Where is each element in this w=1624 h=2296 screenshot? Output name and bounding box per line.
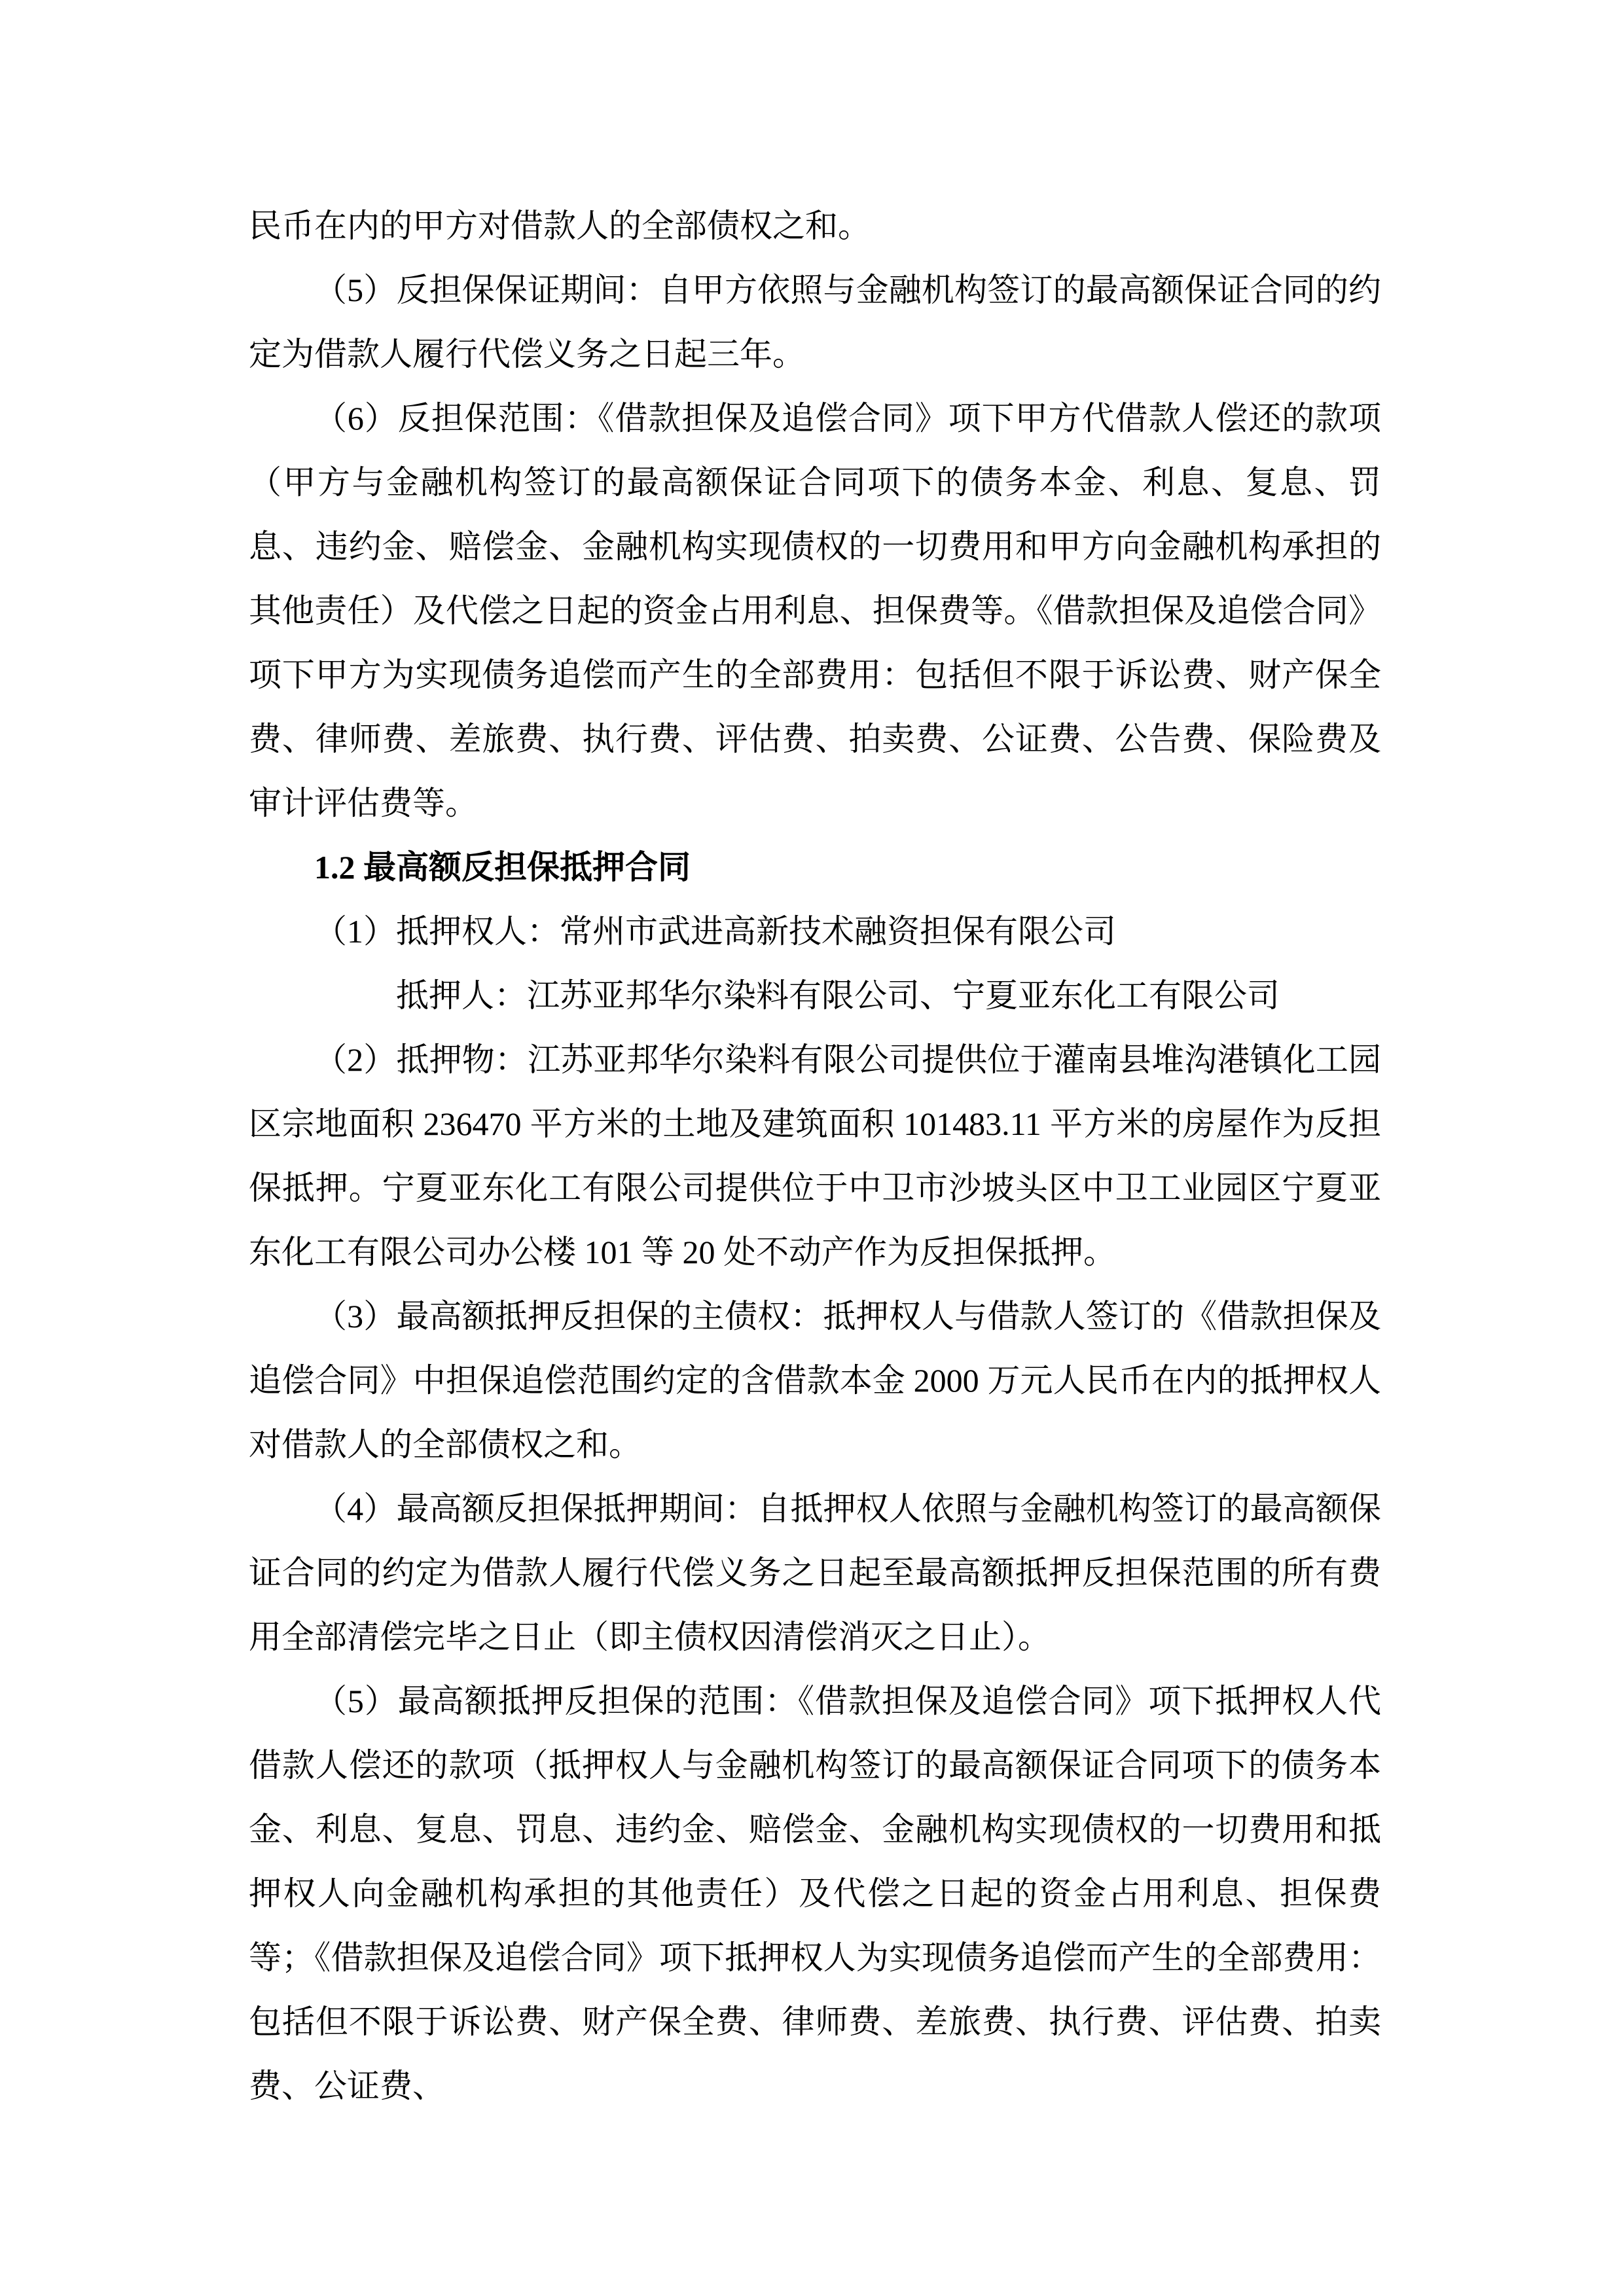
- paragraph: （4）最高额反担保抵押期间：自抵押权人依照与金融机构签订的最高额保证合同的约定为…: [249, 1477, 1381, 1669]
- paragraph: （1）抵押权人：常州市武进高新技术融资担保有限公司: [249, 899, 1381, 963]
- paragraph: （2）抵押物：江苏亚邦华尔染料有限公司提供位于灌南县堆沟港镇化工园区宗地面积 2…: [249, 1028, 1381, 1284]
- paragraph: （6）反担保范围：《借款担保及追偿合同》项下甲方代借款人偿还的款项（甲方与金融机…: [249, 386, 1381, 835]
- document-content: 民币在内的甲方对借款人的全部债权之和。（5）反担保保证期间：自甲方依照与金融机构…: [249, 194, 1381, 2118]
- paragraph: （5）反担保保证期间：自甲方依照与金融机构签订的最高额保证合同的约定为借款人履行…: [249, 258, 1381, 386]
- paragraph: （5）最高额抵押反担保的范围：《借款担保及追偿合同》项下抵押权人代借款人偿还的款…: [249, 1669, 1381, 2118]
- paragraph: 抵押人：江苏亚邦华尔染料有限公司、宁夏亚东化工有限公司: [249, 963, 1381, 1028]
- document-page: 民币在内的甲方对借款人的全部债权之和。（5）反担保保证期间：自甲方依照与金融机构…: [0, 0, 1624, 2296]
- paragraph: 民币在内的甲方对借款人的全部债权之和。: [249, 194, 1381, 258]
- section-heading: 1.2 最高额反担保抵押合同: [249, 835, 1381, 899]
- paragraph: （3）最高额抵押反担保的主债权：抵押权人与借款人签订的《借款担保及追偿合同》中担…: [249, 1284, 1381, 1477]
